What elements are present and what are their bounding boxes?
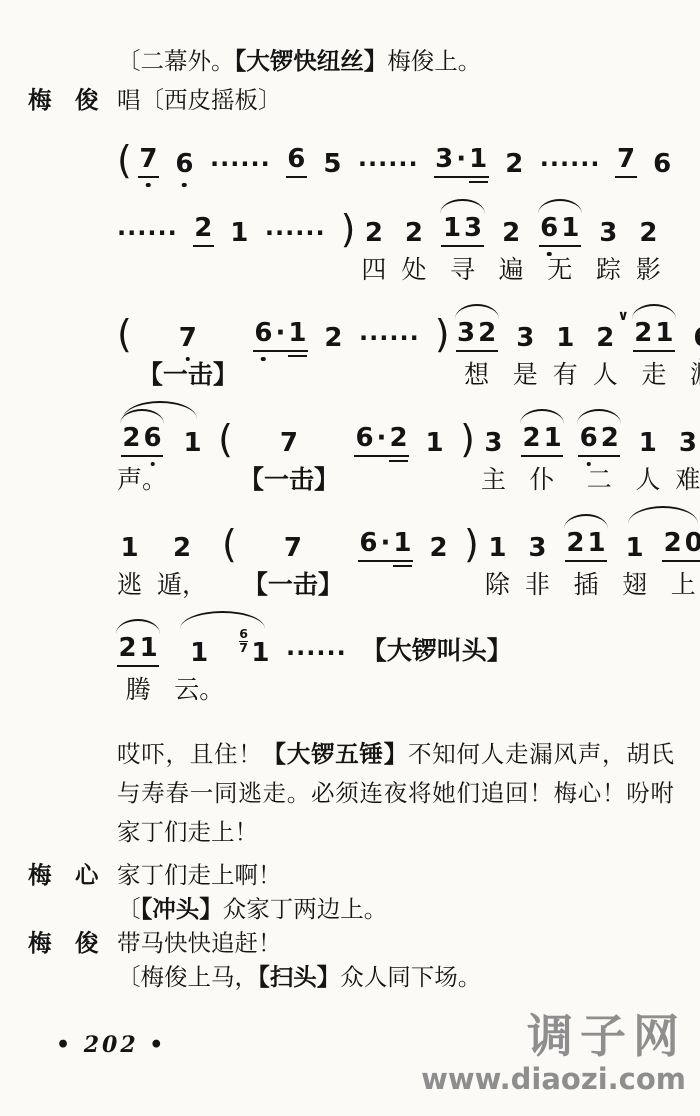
note: 32想: [456, 300, 498, 391]
lyric: 人: [635, 466, 660, 496]
dialogue-text: 家丁们走上啊！: [117, 859, 700, 893]
digit: 3: [515, 324, 536, 352]
ellipsis-dots: ······: [117, 195, 178, 254]
note: 671: [239, 615, 271, 706]
tie-group: 1翅20上: [622, 510, 700, 601]
lyric: 想: [464, 361, 489, 391]
note-digits: 32: [456, 319, 498, 352]
second-underline: [469, 181, 488, 184]
note: 62二: [578, 405, 620, 496]
digit: 1: [624, 534, 645, 562]
tie-arc: [116, 619, 160, 634]
note-area: 2∨: [595, 300, 616, 352]
digit: 1: [637, 429, 658, 457]
note: 7: [138, 126, 159, 178]
note-area: 6: [652, 126, 673, 178]
note-digits: 3: [598, 219, 619, 247]
note-digits: 6·1: [253, 319, 308, 352]
digit: 2: [633, 319, 654, 347]
note-digits: 1: [182, 429, 203, 457]
note-area: 3: [677, 405, 698, 457]
digit: 1: [392, 529, 413, 557]
lyric: 遁，: [157, 571, 207, 601]
low-octave-dot: [146, 183, 151, 188]
lyric: 腾: [126, 676, 151, 706]
note-area: 1: [555, 300, 576, 352]
digit: 6: [652, 150, 673, 178]
lyric: 处: [401, 256, 426, 286]
dialogue-text: 〔【冲头】众家丁两边上。: [117, 893, 700, 927]
text-run: 众人同下场。: [340, 965, 481, 991]
breath-mark: ∨: [617, 308, 628, 324]
note: 6: [174, 126, 195, 178]
digit: 2: [662, 529, 683, 557]
music-line: 21腾1云。671······【大锣叫头】: [0, 615, 700, 706]
note-digits: 6·2: [354, 424, 409, 457]
parenthesis-symbol: (: [117, 300, 132, 354]
parenthesis-symbol: (: [218, 405, 233, 459]
digit: 6: [354, 424, 375, 452]
note-area: 2: [501, 195, 522, 247]
digit: 2: [193, 214, 214, 242]
digit: 6: [253, 319, 274, 347]
low-octave-dot: [261, 357, 266, 362]
singer-heading-row: 梅 俊 唱〔西皮摇板〕: [0, 84, 700, 118]
note-area: 62: [578, 405, 620, 457]
note-area: 7: [177, 300, 198, 352]
note-area: 1: [487, 510, 508, 562]
lyric: 逃: [117, 571, 142, 601]
second-underline: [393, 565, 412, 568]
lyric: 难: [675, 466, 700, 496]
note-area: 3: [515, 300, 536, 352]
digit: 1: [424, 429, 445, 457]
music-line: ······21······)2四2处13寻2遍61无3踪2影: [0, 195, 700, 286]
digit: 2: [638, 219, 659, 247]
digit: 2: [403, 219, 424, 247]
note: 1人: [635, 405, 660, 496]
note: 2遁，: [157, 510, 207, 601]
music-line: (7【一击】6·12······)32想3是1有2∨人21走6漏3风: [0, 300, 700, 391]
digit: 1: [119, 534, 140, 562]
note-area: 1: [624, 510, 645, 562]
dialogue-row: 梅 俊带马快快追赶！: [0, 927, 700, 961]
digit: 7: [282, 534, 303, 562]
digit: 1: [487, 534, 508, 562]
note: 1逃: [117, 510, 142, 601]
note: 6·1: [358, 510, 413, 562]
note-digits: 1: [189, 639, 210, 667]
digit: 2: [121, 424, 142, 452]
digit: 1: [250, 639, 271, 667]
note-digits: 2: [428, 534, 449, 562]
jianpu-score: (76······65······3·12······76······21···…: [0, 126, 700, 706]
note-area: 21: [565, 510, 607, 562]
note: 2: [504, 126, 525, 178]
note: 3踪: [596, 195, 621, 286]
page-number: • 202 •: [56, 1032, 166, 1058]
digit: 2: [117, 634, 138, 662]
watermark-site-name: 调子网: [421, 1012, 686, 1062]
note: 2: [323, 300, 344, 352]
digit: 7: [177, 324, 198, 352]
note: 1: [424, 405, 445, 457]
digit: 1: [229, 219, 250, 247]
note-digits: 2: [363, 219, 384, 247]
score-page: 〔二幕外。【大锣快纽丝】梅俊上。 梅 俊 唱〔西皮摇板〕 (76······65…: [0, 0, 700, 1116]
note-area: 1: [182, 405, 203, 457]
ellipsis-dots: ······: [359, 300, 420, 359]
note: 3·1: [434, 126, 489, 178]
digit: 0: [683, 529, 700, 557]
note-area: 1: [637, 405, 658, 457]
percussion-label: 【冲头】: [141, 897, 223, 923]
watermark-site-url: www.diaozi.com: [421, 1062, 686, 1096]
note: 21走: [633, 300, 675, 391]
note-digits: 7: [282, 534, 303, 562]
note: 1: [182, 405, 203, 496]
note-area: 21: [521, 405, 563, 457]
speaker-name: 梅 心: [28, 859, 117, 893]
note: 13寻: [441, 195, 483, 286]
note: 6: [286, 126, 307, 178]
digit: 7: [138, 145, 159, 173]
digit: 6: [578, 424, 599, 452]
stage-direction-top: 〔二幕外。【大锣快纽丝】梅俊上。: [0, 46, 700, 78]
digit: 1: [586, 529, 607, 557]
parenthesis-symbol: ): [460, 405, 475, 459]
digit: 1: [182, 429, 203, 457]
note-area: 7: [282, 510, 303, 562]
note-digits: 1: [424, 429, 445, 457]
note: 2: [193, 195, 214, 247]
note: 2∨人: [593, 300, 618, 391]
digit: 3: [456, 319, 477, 347]
grace-note-digit: 7: [239, 642, 248, 654]
digit: 2: [388, 424, 409, 452]
note: 3非: [525, 510, 550, 601]
note-digits: 6·1: [358, 529, 413, 562]
digit: 6: [539, 214, 560, 242]
note-area: 20: [662, 510, 700, 562]
note: 6漏: [690, 300, 700, 391]
parenthesis-symbol: ): [464, 510, 479, 564]
digit: 3: [527, 534, 548, 562]
tie-arc: [564, 514, 608, 529]
note-digits: 6: [174, 150, 195, 178]
note-digits: 21: [521, 424, 563, 457]
text-run: 梅俊上。: [387, 49, 481, 75]
note-digits: 3: [483, 429, 504, 457]
note-area: 2: [403, 195, 424, 247]
digit: 1: [138, 634, 159, 662]
note: 7【一击】: [243, 510, 343, 601]
note-digits: 1: [637, 429, 658, 457]
note-digits: 20: [662, 529, 700, 562]
digit: 1: [654, 319, 675, 347]
note-area: 2: [171, 510, 192, 562]
note: 1: [229, 195, 250, 247]
note-digits: 21: [117, 634, 159, 667]
note: 6: [652, 126, 673, 178]
note-area: 6: [286, 126, 307, 178]
digit: 3: [677, 429, 698, 457]
note-digits: 7: [615, 145, 636, 178]
note: 7: [615, 126, 636, 178]
note: 2: [428, 510, 449, 562]
note-area: 2: [428, 510, 449, 562]
note: 3是: [513, 300, 538, 391]
note-digits: 2: [501, 219, 522, 247]
note-area: 5: [322, 126, 343, 178]
note: 21插: [565, 510, 607, 601]
note-digits: 1: [555, 324, 576, 352]
lyric: 踪: [596, 256, 621, 286]
digit: 2: [171, 534, 192, 562]
note-digits: 3: [515, 324, 536, 352]
note-digits: 2: [193, 214, 214, 247]
note: 7【一击】: [138, 300, 238, 391]
note-digits: 21: [565, 529, 607, 562]
ellipsis-dots: ······: [265, 195, 326, 254]
note-digits: 3: [527, 534, 548, 562]
page-content: 〔二幕外。【大锣快纽丝】梅俊上。 梅 俊 唱〔西皮摇板〕 (76······65…: [0, 0, 700, 995]
digit: 6: [174, 150, 195, 178]
note: 20上: [662, 510, 700, 601]
lyric: 非: [525, 571, 550, 601]
digit: 2: [595, 324, 616, 352]
lyric: 【一击】: [138, 361, 238, 391]
note-area: 6·1: [358, 510, 413, 562]
ellipsis-dots: ······: [210, 126, 271, 185]
tie-arc: [455, 304, 499, 319]
lyric: 二: [587, 466, 612, 496]
digit: 2: [565, 529, 586, 557]
note-area: 21: [117, 615, 159, 667]
digit: 1: [560, 214, 581, 242]
speaker-name: 梅 俊: [28, 927, 117, 961]
stage-direction-row: 〔【冲头】众家丁两边上。: [0, 893, 700, 927]
parenthesis-symbol: ): [341, 195, 356, 249]
note: 21仆: [521, 405, 563, 496]
monologue-text: 哎吓，且住！【大锣五锤】不知何人走漏风声，胡氏与寿春一同逃走。必须连夜将她们追回…: [0, 720, 700, 853]
tie-group: 26声。1: [117, 405, 203, 496]
note-digits: 26: [121, 424, 163, 457]
digit: 3: [483, 429, 504, 457]
note-digits: 2: [504, 150, 525, 178]
note-digits: 2: [638, 219, 659, 247]
dialogue-text: 带马快快追赶！: [117, 927, 700, 961]
note-digits: 2: [403, 219, 424, 247]
note-digits: 6: [652, 150, 673, 178]
aria-type-label: 唱〔西皮摇板〕: [117, 84, 700, 118]
music-line: 1逃2遁，(7【一击】6·12)1除3非21插1翅20上35: [0, 510, 700, 601]
note-digits: 1: [229, 219, 250, 247]
note: 6·2: [354, 405, 409, 457]
digit: 3: [463, 214, 484, 242]
digit: ·: [455, 145, 468, 173]
text-run: 〔二幕外。: [117, 49, 235, 75]
digit: 2: [323, 324, 344, 352]
note-digits: 5: [322, 150, 343, 178]
parenthesis-symbol: (: [117, 126, 132, 180]
note: 2遍: [499, 195, 524, 286]
percussion-label: 【大锣五锤】: [263, 742, 409, 768]
digit: ·: [375, 424, 388, 452]
note-area: 2: [193, 195, 214, 247]
parenthesis-symbol: ): [435, 300, 450, 354]
note-digits: 3·1: [434, 145, 489, 178]
note: 6·1: [253, 300, 308, 352]
note: 61无: [539, 195, 581, 286]
note-digits: 62: [578, 424, 620, 457]
note-area: 6·2: [354, 405, 409, 457]
note: 5: [322, 126, 343, 178]
note-digits: 6: [692, 324, 700, 352]
note-area: 26: [121, 405, 163, 457]
note-digits: 7: [177, 324, 198, 352]
tie-arc: [577, 409, 621, 424]
lyric: 影: [636, 256, 661, 286]
note-area: 2: [638, 195, 659, 247]
note-area: 1: [424, 405, 445, 457]
digit: 2: [428, 534, 449, 562]
digit: 1: [287, 319, 308, 347]
digit: 1: [468, 145, 489, 173]
second-underline: [389, 460, 408, 463]
lyric: 除: [485, 571, 510, 601]
watermark: 调子网 www.diaozi.com: [421, 1012, 686, 1096]
note-area: 6: [174, 126, 195, 178]
tie-arc: [538, 199, 582, 214]
note-digits: 1: [119, 534, 140, 562]
note: 3难: [675, 405, 700, 496]
ellipsis-dots: ······: [358, 126, 419, 185]
note-area: 2: [363, 195, 384, 247]
speaker-name: 梅 俊: [28, 84, 117, 118]
digit: 6: [142, 424, 163, 452]
note-digits: 6: [286, 145, 307, 178]
digit: 6: [358, 529, 379, 557]
note-area: 6: [692, 300, 700, 352]
digit: 5: [322, 150, 343, 178]
digit: 6: [286, 145, 307, 173]
dialogue-text: 〔梅俊上马，【扫头】众人同下场。: [117, 961, 700, 995]
note-digits: 1: [250, 639, 271, 667]
note-digits: 3: [677, 429, 698, 457]
note-area: 3: [527, 510, 548, 562]
note-digits: 2: [171, 534, 192, 562]
digit: 1: [555, 324, 576, 352]
digit: 1: [542, 424, 563, 452]
low-octave-dot: [547, 252, 552, 257]
low-octave-dot: [586, 462, 591, 467]
lyric: 声。: [117, 466, 167, 496]
digit: 2: [599, 424, 620, 452]
note: 21腾: [117, 615, 159, 706]
note: 1翅: [622, 510, 647, 601]
note: 2四: [361, 195, 386, 286]
digit: 2: [501, 219, 522, 247]
note-digits: 7: [278, 429, 299, 457]
text-run: 〔梅俊上马，: [117, 965, 258, 991]
note-area: 7: [278, 405, 299, 457]
grace-notes: 67: [239, 628, 248, 654]
lyric: 云。: [174, 676, 224, 706]
text-run: 〔: [117, 897, 141, 923]
stage-direction-row: 〔梅俊上马，【扫头】众人同下场。: [0, 961, 700, 995]
note-area: 21: [633, 300, 675, 352]
lyric: 寻: [450, 256, 475, 286]
note: 7【一击】: [239, 405, 339, 496]
note: 3主: [481, 405, 506, 496]
lyric: 翅: [622, 571, 647, 601]
note-area: 2: [504, 126, 525, 178]
lyric: 【一击】: [243, 571, 343, 601]
low-octave-dot: [186, 357, 191, 362]
music-line: (76······65······3·12······76: [0, 126, 700, 185]
tie-arc: [520, 409, 564, 424]
note-digits: 7: [138, 145, 159, 178]
lyric: 人: [593, 361, 618, 391]
low-octave-dot: [182, 183, 187, 188]
second-underline: [288, 355, 307, 358]
note-digits: 13: [441, 214, 483, 247]
digit: 3: [598, 219, 619, 247]
text-run: 众家丁两边上。: [223, 897, 388, 923]
note-area: 1: [229, 195, 250, 247]
text-run: 哎吓，且住！: [117, 742, 263, 768]
digit: 7: [278, 429, 299, 457]
percussion-label: 【大锣快纽丝】: [235, 49, 388, 75]
lyric: 是: [513, 361, 538, 391]
lyric: 【一击】: [239, 466, 339, 496]
ellipsis-dots: ······: [286, 615, 347, 674]
lyric: 主: [481, 466, 506, 496]
note-area: 671: [239, 615, 271, 667]
lyric: 仆: [530, 466, 555, 496]
percussion-label: 【大锣叫头】: [362, 615, 512, 669]
dialogue-row: 梅 心家丁们走上啊！: [0, 859, 700, 893]
note-digits: 2: [595, 324, 616, 352]
note-area: 2: [323, 300, 344, 352]
note-area: 6·1: [253, 300, 308, 352]
lyric: 漏: [690, 361, 700, 391]
lyric: 无: [547, 256, 572, 286]
note-digits: 2: [323, 324, 344, 352]
music-line: 26声。1(7【一击】6·21)3主21仆62二1人3难: [0, 405, 700, 496]
lyric: 走: [641, 361, 666, 391]
ellipsis-dots: ······: [540, 126, 601, 185]
note-area: 3: [483, 405, 504, 457]
digit: 2: [521, 424, 542, 452]
digit: 2: [477, 319, 498, 347]
text-run: 家丁们走上啊！: [117, 863, 282, 889]
digit: 7: [615, 145, 636, 173]
lyric: 遍: [499, 256, 524, 286]
note-area: 13: [441, 195, 483, 247]
lyric: 有: [553, 361, 578, 391]
dialogue-section: 梅 心家丁们走上啊！〔【冲头】众家丁两边上。梅 俊带马快快追赶！〔梅俊上马，【扫…: [0, 859, 700, 995]
digit: 2: [504, 150, 525, 178]
tie-arc: [632, 304, 676, 319]
note-digits: 21: [633, 319, 675, 352]
digit: 6: [692, 324, 700, 352]
tie-group: 1云。671: [174, 615, 271, 706]
lyric: 上: [671, 571, 696, 601]
parenthesis-symbol: (: [222, 510, 237, 564]
note: 1有: [553, 300, 578, 391]
